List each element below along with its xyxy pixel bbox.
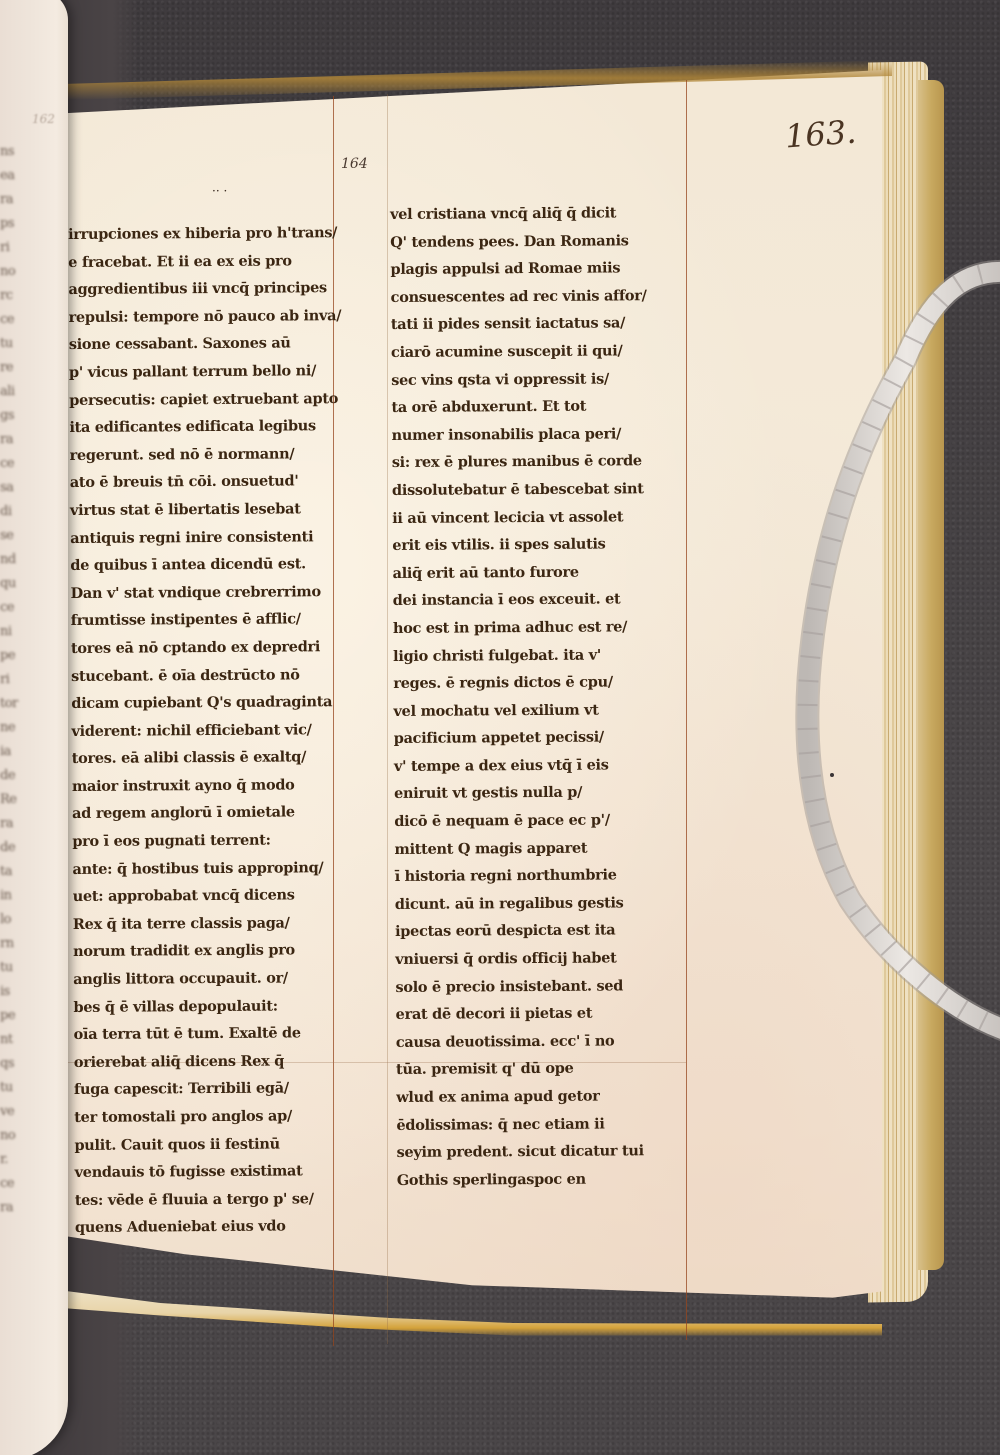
manuscript-line: re — [0, 356, 62, 380]
manuscript-line: consuescentes ad rec vinis affor/ — [391, 287, 691, 317]
manuscript-line: pro ī eos pugnati terrent: — [72, 831, 348, 861]
manuscript-line: ī historia regni northumbrie — [395, 866, 695, 896]
manuscript-line: tu — [0, 1076, 62, 1100]
manuscript-line: v' tempe a dex eius vtq̄ ī eis — [394, 756, 694, 786]
manuscript-line: ve — [0, 1100, 62, 1124]
manuscript-line: tu — [0, 332, 62, 356]
manuscript-line: sec vins qsta vi oppressit is/ — [391, 369, 691, 399]
manuscript-line: reges. ē regnis dictos ē cpu/ — [393, 673, 693, 703]
manuscript-line: oīa terra tūt ē tum. Exaltē de — [74, 1024, 350, 1054]
manuscript-line: norum tradidit ex anglis pro — [73, 941, 349, 971]
manuscript-line: tor — [0, 692, 62, 716]
manuscript-line: de — [0, 836, 62, 860]
manuscript-line: orierebat aliq̄ dicens Rex q̄ — [74, 1052, 350, 1082]
manuscript-line: no — [0, 1124, 62, 1148]
manuscript-line: Gothis sperlingaspoc en — [397, 1170, 697, 1200]
manuscript-line: ce — [0, 308, 62, 332]
manuscript-line: ce — [0, 452, 62, 476]
manuscript-line: ra — [0, 1196, 62, 1220]
manuscript-line: stucebant. ē oīa destrūcto nō — [71, 666, 347, 696]
manuscript-line: viderent: nichil efficiebant vic/ — [71, 721, 347, 751]
top-mark: ·· · — [212, 184, 227, 198]
manuscript-line: ligio christi fulgebat. ita v' — [393, 645, 693, 675]
manuscript-line: wlud ex anima apud getor — [396, 1087, 696, 1117]
verso-text: nsearapsrinorcceturealigsracesadisendquc… — [0, 140, 62, 1220]
manuscript-line: Q' tendens pees. Dan Romanis — [390, 231, 690, 261]
manuscript-line: rn — [0, 932, 62, 956]
manuscript-line: in — [0, 884, 62, 908]
manuscript-line: ta orē abduxerunt. Et tot — [391, 397, 691, 427]
manuscript-line: nt — [0, 1028, 62, 1052]
manuscript-line: pe — [0, 644, 62, 668]
manuscript-line: vniuersi q̄ ordis officij habet — [395, 949, 695, 979]
manuscript-line: bes q̄ ē villas depopulauit: — [73, 997, 349, 1027]
manuscript-line: is — [0, 980, 62, 1004]
manuscript-line: tores eā nō cptando ex depredri — [71, 638, 347, 668]
manuscript-line: ea — [0, 164, 62, 188]
manuscript-line: persecutis: capiet extruebant apto — [69, 390, 345, 420]
manuscript-line: aggredientibus iii vncq̄ principes — [68, 279, 344, 309]
manuscript-line: dei instancia ī eos exceuit. et — [393, 590, 693, 620]
folio-number: 163. — [784, 113, 858, 156]
manuscript-line: antiquis regni inire consistenti — [70, 528, 346, 558]
manuscript-line: pacificium appetet pecissi/ — [394, 728, 694, 758]
manuscript-line: frumtisse instipentes ē afflic/ — [71, 610, 347, 640]
manuscript-line: eniruit vt gestis nulla p/ — [394, 783, 694, 813]
manuscript-line: ante: q̄ hostibus tuis appropinq/ — [72, 859, 348, 889]
manuscript-line: qu — [0, 572, 62, 596]
manuscript-line: dicam cupiebant Q's quadraginta — [71, 693, 347, 723]
ruling-line-column-b-left — [387, 94, 388, 1344]
manuscript-line: p' vicus pallant terrum bello ni/ — [69, 362, 345, 392]
manuscript-line: ia — [0, 740, 62, 764]
manuscript-line: dicunt. aū in regalibus gestis — [395, 894, 695, 924]
manuscript-line: tu — [0, 956, 62, 980]
manuscript-line: tores. eā alibi classis ē exaltq/ — [72, 748, 348, 778]
manuscript-line: ciarō acumine suscepit ii qui/ — [391, 342, 691, 372]
manuscript-line: fuga capescit: Terribili egā/ — [74, 1079, 350, 1109]
manuscript-line: e fracebat. Et ii ea ex eis pro — [68, 252, 344, 282]
manuscript-line: ne — [0, 716, 62, 740]
manuscript-line: aliq̄ erit aū tanto furore — [393, 563, 693, 593]
manuscript-line: rc — [0, 284, 62, 308]
manuscript-line: tati ii pides sensit iactatus sa/ — [391, 314, 691, 344]
manuscript-line: si: rex ē plures manibus ē corde — [392, 452, 692, 482]
manuscript-line: de quibus ī antea dicendū est. — [70, 555, 346, 585]
manuscript-line: ra — [0, 188, 62, 212]
manuscript-line: sa — [0, 476, 62, 500]
verso-folio-number: 162 — [32, 112, 55, 126]
manuscript-line: ce — [0, 1172, 62, 1196]
old-folio-number: 164 — [341, 156, 368, 172]
manuscript-line: quens Adueniebat eius vdo — [75, 1217, 351, 1247]
manuscript-line: vel cristiana vncq̄ aliq̄ q̄ dicit — [390, 204, 690, 234]
manuscript-line: gs — [0, 404, 62, 428]
manuscript-line: di — [0, 500, 62, 524]
manuscript-line: erat dē decori ii pietas et — [396, 1004, 696, 1034]
manuscript-line: numer insonabilis placa peri/ — [392, 425, 692, 455]
manuscript-line: erit eis vtilis. ii spes salutis — [392, 535, 692, 565]
manuscript-line: lo — [0, 908, 62, 932]
verso-page: 162 nsearapsrinorcceturealigsracesadisen… — [0, 0, 68, 1455]
manuscript-line: ali — [0, 380, 62, 404]
manuscript-line: Dan v' stat vndique crebrerrimo — [71, 583, 347, 613]
manuscript-line: ato ē breuis tn̄ cōi. onsuetud' — [70, 472, 346, 502]
manuscript-line: hoc est in prima adhuc est re/ — [393, 618, 693, 648]
manuscript-line: tūa. premisit q' dū ope — [396, 1059, 696, 1089]
manuscript-line: dicō ē nequam ē pace ec p'/ — [394, 811, 694, 841]
manuscript-line: ni — [0, 620, 62, 644]
manuscript-line: irrupciones ex hiberia pro h'trans/ — [68, 224, 344, 254]
text-column-b: vel cristiana vncq̄ aliq̄ q̄ dicitQ' ten… — [390, 204, 697, 1199]
binding-edge — [918, 80, 944, 1270]
manuscript-line: se — [0, 524, 62, 548]
manuscript-line: tes: vēde ē fluuia a tergo p' se/ — [75, 1190, 351, 1220]
manuscript-line: ri — [0, 668, 62, 692]
manuscript-line: pe — [0, 1004, 62, 1028]
manuscript-line: r. — [0, 1148, 62, 1172]
manuscript-line: causa deuotissima. ecc' ī no — [396, 1032, 696, 1062]
text-column-a: irrupciones ex hiberia pro h'trans/e fra… — [68, 224, 351, 1247]
manuscript-line: vendauis tō fugisse existimat — [75, 1162, 351, 1192]
manuscript-line: anglis littora occupauit. or/ — [73, 969, 349, 999]
manuscript-line: regerunt. sed nō ē normann/ — [70, 445, 346, 475]
manuscript-line: ce — [0, 596, 62, 620]
manuscript-line: sione cessabant. Saxones aū — [69, 334, 345, 364]
manuscript-line: nd — [0, 548, 62, 572]
manuscript-line: repulsi: tempore nō pauco ab inva/ — [69, 307, 345, 337]
manuscript-line: ad regem anglorū ī omietale — [72, 804, 348, 834]
manuscript-line: maior instruxit ayno q̄ modo — [72, 776, 348, 806]
manuscript-line: vel mochatu vel exilium vt — [393, 701, 693, 731]
manuscript-line: dissolutebatur ē tabescebat sint — [392, 480, 692, 510]
manuscript-line: ri — [0, 236, 62, 260]
manuscript-line: no — [0, 260, 62, 284]
manuscript-line: ps — [0, 212, 62, 236]
manuscript-line: ter tomostali pro anglos ap/ — [74, 1107, 350, 1137]
manuscript-line: ipectas eorū despicta est ita — [395, 921, 695, 951]
manuscript-line: ra — [0, 428, 62, 452]
manuscript-line: pulit. Cauit quos ii festinū — [74, 1135, 350, 1165]
manuscript-line: Re — [0, 788, 62, 812]
manuscript-line: virtus stat ē libertatis lesebat — [70, 500, 346, 530]
manuscript-line: ēdolissimas: q̄ nec etiam ii — [396, 1114, 696, 1144]
manuscript-line: de — [0, 764, 62, 788]
manuscript-line: ii aū vincent lecicia vt assolet — [392, 507, 692, 537]
manuscript-line: ns — [0, 140, 62, 164]
manuscript-line: solo ē precio insistebant. sed — [395, 977, 695, 1007]
manuscript-line: qs — [0, 1052, 62, 1076]
manuscript-line: uet: approbabat vncq̄ dicens — [73, 886, 349, 916]
manuscript-line: ita edificantes edificata legibus — [69, 417, 345, 447]
manuscript-line: plagis appulsi ad Romae miis — [390, 259, 690, 289]
manuscript-line: mittent Q magis apparet — [394, 839, 694, 869]
manuscript-line: seyim predent. sicut dicatur tui — [397, 1142, 697, 1172]
manuscript-line: ra — [0, 812, 62, 836]
manuscript-line: ta — [0, 860, 62, 884]
manuscript-line: Rex q̄ ita terre classis paga/ — [73, 914, 349, 944]
